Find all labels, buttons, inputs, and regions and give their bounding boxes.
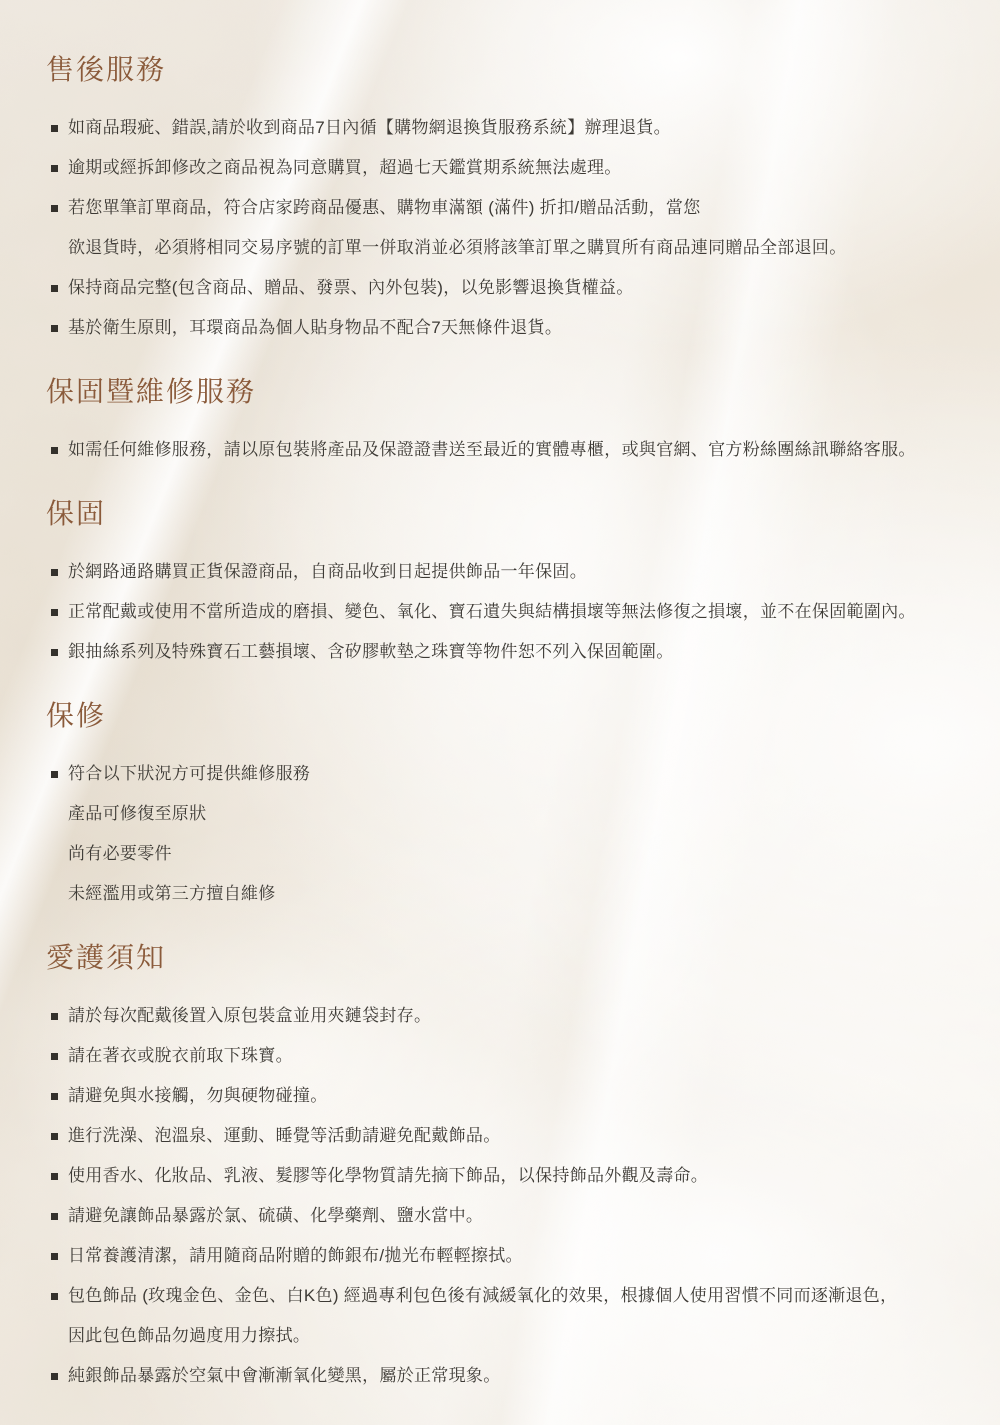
- section-heading: 愛護須知: [46, 940, 962, 976]
- list-item: 請避免與水接觸，勿與硬物碰撞。: [50, 1076, 962, 1116]
- section-heading: 保固暨維修服務: [46, 374, 962, 410]
- list-item: 保持商品完整(包含商品、贈品、發票、內外包裝)，以免影響退換貨權益。: [50, 268, 962, 308]
- list-item: 產品可修復至原狀: [50, 794, 962, 834]
- list-item: 於網路通路購買正貨保證商品，自商品收到日起提供飾品一年保固。: [50, 552, 962, 592]
- list-item-text: 請避免讓飾品暴露於氯、硫磺、化學藥劑、鹽水當中。: [68, 1206, 483, 1225]
- list-item-text: 因此包色飾品勿過度用力擦拭。: [68, 1326, 310, 1345]
- list-item: 若您單筆訂單商品，符合店家跨商品優惠、購物車滿額 (滿件) 折扣/贈品活動，當您: [50, 188, 962, 228]
- square-bullet-icon: [51, 1053, 58, 1060]
- square-bullet-icon: [51, 1093, 58, 1100]
- list-item-text: 日常養護清潔，請用隨商品附贈的飾銀布/拋光布輕輕擦拭。: [68, 1246, 523, 1265]
- list-item-text: 如商品瑕疵、錯誤,請於收到商品7日內循【購物網退換貨服務系統】辦理退貨。: [68, 118, 671, 137]
- care-instructions-document: 售後服務 如商品瑕疵、錯誤,請於收到商品7日內循【購物網退換貨服務系統】辦理退貨…: [0, 0, 1000, 1396]
- list-item: 符合以下狀況方可提供維修服務: [50, 754, 962, 794]
- list-item-text: 純銀飾品暴露於空氣中會漸漸氧化變黑，屬於正常現象。: [68, 1366, 501, 1385]
- list-item: 請在著衣或脫衣前取下珠寶。: [50, 1036, 962, 1076]
- document-section: 售後服務 如商品瑕疵、錯誤,請於收到商品7日內循【購物網退換貨服務系統】辦理退貨…: [50, 52, 962, 348]
- document-section: 保修 符合以下狀況方可提供維修服務 產品可修復至原狀 尚有必要零件 未經濫用或第…: [50, 698, 962, 914]
- section-items: 於網路通路購買正貨保證商品，自商品收到日起提供飾品一年保固。 正常配戴或使用不當…: [50, 552, 962, 672]
- section-items: 符合以下狀況方可提供維修服務 產品可修復至原狀 尚有必要零件 未經濫用或第三方擅…: [50, 754, 962, 914]
- list-item: 正常配戴或使用不當所造成的磨損、變色、氧化、寶石遺失與結構損壞等無法修復之損壞，…: [50, 592, 962, 632]
- document-section: 保固暨維修服務 如需任何維修服務，請以原包裝將產品及保證證書送至最近的實體專櫃，…: [50, 374, 962, 470]
- list-item-text: 請於每次配戴後置入原包裝盒並用夾鏈袋封存。: [68, 1006, 431, 1025]
- list-item: 未經濫用或第三方擅自維修: [50, 874, 962, 914]
- section-items: 如需任何維修服務，請以原包裝將產品及保證證書送至最近的實體專櫃，或與官網、官方粉…: [50, 430, 962, 470]
- list-item-text: 尚有必要零件: [68, 844, 172, 863]
- list-item-text: 未經濫用或第三方擅自維修: [68, 884, 276, 903]
- list-item-text: 於網路通路購買正貨保證商品，自商品收到日起提供飾品一年保固。: [68, 562, 587, 581]
- list-item-text: 欲退貨時，必須將相同交易序號的訂單一併取消並必須將該筆訂單之購買所有商品連同贈品…: [68, 238, 847, 257]
- document-section: 愛護須知 請於每次配戴後置入原包裝盒並用夾鏈袋封存。 請在著衣或脫衣前取下珠寶。…: [50, 940, 962, 1396]
- section-items: 如商品瑕疵、錯誤,請於收到商品7日內循【購物網退換貨服務系統】辦理退貨。 逾期或…: [50, 108, 962, 348]
- list-item-text: 如需任何維修服務，請以原包裝將產品及保證證書送至最近的實體專櫃，或與官網、官方粉…: [68, 440, 916, 459]
- list-item-text: 進行洗澡、泡溫泉、運動、睡覺等活動請避免配戴飾品。: [68, 1126, 501, 1145]
- square-bullet-icon: [51, 609, 58, 616]
- square-bullet-icon: [51, 1293, 58, 1300]
- list-item: 請避免讓飾品暴露於氯、硫磺、化學藥劑、鹽水當中。: [50, 1196, 962, 1236]
- list-item: 基於衛生原則，耳環商品為個人貼身物品不配合7天無條件退貨。: [50, 308, 962, 348]
- list-item: 如商品瑕疵、錯誤,請於收到商品7日內循【購物網退換貨服務系統】辦理退貨。: [50, 108, 962, 148]
- list-item-text: 產品可修復至原狀: [68, 804, 206, 823]
- list-item-text: 請在著衣或脫衣前取下珠寶。: [68, 1046, 293, 1065]
- list-item-text: 正常配戴或使用不當所造成的磨損、變色、氧化、寶石遺失與結構損壞等無法修復之損壞，…: [68, 602, 916, 621]
- section-heading: 保固: [46, 496, 962, 532]
- square-bullet-icon: [51, 285, 58, 292]
- list-item: 逾期或經拆卸修改之商品視為同意購買，超過七天鑑賞期系統無法處理。: [50, 148, 962, 188]
- square-bullet-icon: [51, 1133, 58, 1140]
- list-item: 欲退貨時，必須將相同交易序號的訂單一併取消並必須將該筆訂單之購買所有商品連同贈品…: [50, 228, 962, 268]
- square-bullet-icon: [51, 447, 58, 454]
- list-item: 銀抽絲系列及特殊寶石工藝損壞、含矽膠軟墊之珠寶等物件恕不列入保固範圍。: [50, 632, 962, 672]
- square-bullet-icon: [51, 125, 58, 132]
- list-item: 純銀飾品暴露於空氣中會漸漸氧化變黑，屬於正常現象。: [50, 1356, 962, 1396]
- section-heading: 售後服務: [46, 52, 962, 88]
- list-item: 使用香水、化妝品、乳液、髮膠等化學物質請先摘下飾品，以保持飾品外觀及壽命。: [50, 1156, 962, 1196]
- square-bullet-icon: [51, 205, 58, 212]
- list-item-text: 基於衛生原則，耳環商品為個人貼身物品不配合7天無條件退貨。: [68, 318, 562, 337]
- square-bullet-icon: [51, 1373, 58, 1380]
- square-bullet-icon: [51, 771, 58, 778]
- list-item: 日常養護清潔，請用隨商品附贈的飾銀布/拋光布輕輕擦拭。: [50, 1236, 962, 1276]
- list-item-text: 請避免與水接觸，勿與硬物碰撞。: [68, 1086, 328, 1105]
- section-items: 請於每次配戴後置入原包裝盒並用夾鏈袋封存。 請在著衣或脫衣前取下珠寶。 請避免與…: [50, 996, 962, 1396]
- document-section: 保固 於網路通路購買正貨保證商品，自商品收到日起提供飾品一年保固。 正常配戴或使…: [50, 496, 962, 672]
- square-bullet-icon: [51, 1173, 58, 1180]
- square-bullet-icon: [51, 1013, 58, 1020]
- list-item-text: 符合以下狀況方可提供維修服務: [68, 764, 310, 783]
- list-item: 因此包色飾品勿過度用力擦拭。: [50, 1316, 962, 1356]
- square-bullet-icon: [51, 325, 58, 332]
- list-item: 包色飾品 (玫瑰金色、金色、白K色) 經過專利包色後有減緩氧化的效果，根據個人使…: [50, 1276, 962, 1316]
- square-bullet-icon: [51, 649, 58, 656]
- square-bullet-icon: [51, 165, 58, 172]
- list-item-text: 逾期或經拆卸修改之商品視為同意購買，超過七天鑑賞期系統無法處理。: [68, 158, 622, 177]
- list-item: 如需任何維修服務，請以原包裝將產品及保證證書送至最近的實體專櫃，或與官網、官方粉…: [50, 430, 962, 470]
- section-heading: 保修: [46, 698, 962, 734]
- square-bullet-icon: [51, 1213, 58, 1220]
- list-item: 進行洗澡、泡溫泉、運動、睡覺等活動請避免配戴飾品。: [50, 1116, 962, 1156]
- list-item-text: 若您單筆訂單商品，符合店家跨商品優惠、購物車滿額 (滿件) 折扣/贈品活動，當您: [68, 198, 701, 217]
- square-bullet-icon: [51, 569, 58, 576]
- list-item: 尚有必要零件: [50, 834, 962, 874]
- list-item: 請於每次配戴後置入原包裝盒並用夾鏈袋封存。: [50, 996, 962, 1036]
- list-item-text: 使用香水、化妝品、乳液、髮膠等化學物質請先摘下飾品，以保持飾品外觀及壽命。: [68, 1166, 708, 1185]
- list-item-text: 包色飾品 (玫瑰金色、金色、白K色) 經過專利包色後有減緩氧化的效果，根據個人使…: [68, 1286, 897, 1305]
- list-item-text: 銀抽絲系列及特殊寶石工藝損壞、含矽膠軟墊之珠寶等物件恕不列入保固範圍。: [68, 642, 674, 661]
- square-bullet-icon: [51, 1253, 58, 1260]
- list-item-text: 保持商品完整(包含商品、贈品、發票、內外包裝)，以免影響退換貨權益。: [68, 278, 634, 297]
